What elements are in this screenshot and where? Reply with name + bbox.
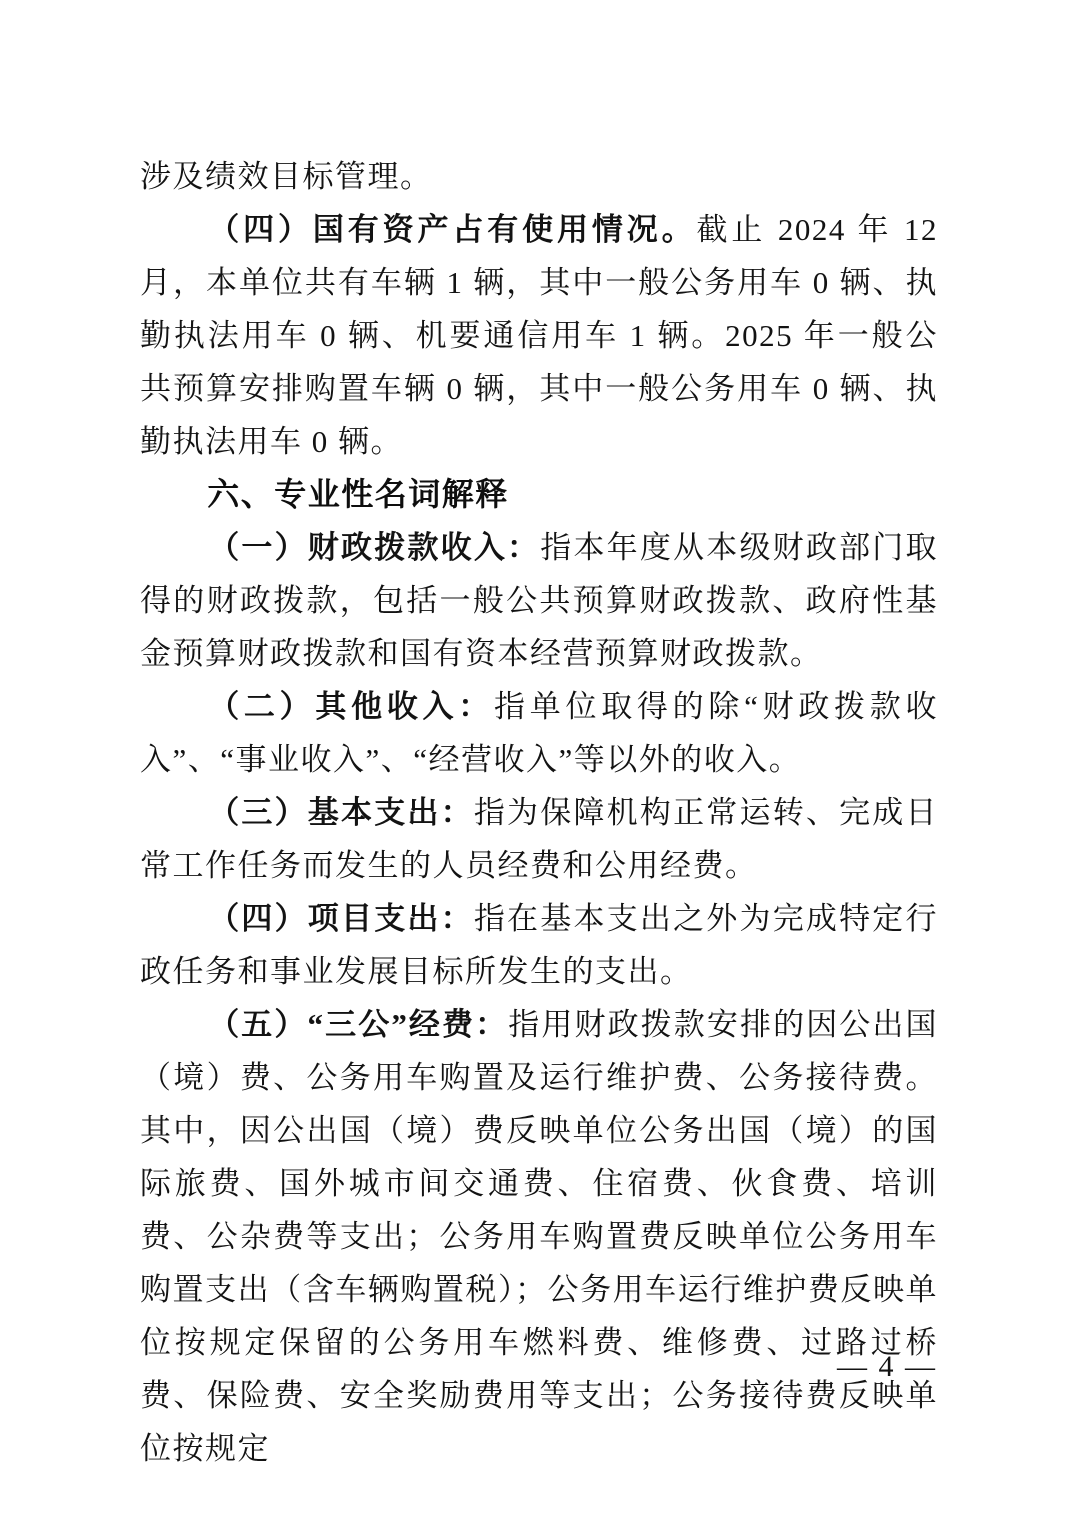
continuation-text: 涉及绩效目标管理。: [140, 159, 433, 194]
assets-paragraph-label: （四）国有资产占有使用情况。: [208, 212, 696, 247]
term-definition: 指用财政拨款安排的因公出国（境）费、公务用车购置及运行维护费、公务接待费。其中，…: [140, 1007, 938, 1466]
section-heading-terms: 六、专业性名词解释: [140, 468, 938, 521]
assets-paragraph-text: 截止 2024 年 12 月，本单位共有车辆 1 辆，其中一般公务用车 0 辆、…: [140, 212, 938, 459]
term-label: （一）财政拨款收入：: [208, 530, 540, 565]
document-page: 涉及绩效目标管理。 （四）国有资产占有使用情况。截止 2024 年 12 月，本…: [0, 0, 1074, 1520]
document-body: 涉及绩效目标管理。 （四）国有资产占有使用情况。截止 2024 年 12 月，本…: [140, 150, 938, 1475]
term-label: （五）“三公”经费：: [208, 1007, 508, 1042]
term-paragraph-three-public-funds: （五）“三公”经费：指用财政拨款安排的因公出国（境）费、公务用车购置及运行维护费…: [140, 998, 938, 1475]
term-label: （二）其他收入：: [208, 689, 494, 724]
page-number: — 4 —: [837, 1350, 937, 1384]
term-label: （三）基本支出：: [208, 795, 474, 830]
assets-paragraph: （四）国有资产占有使用情况。截止 2024 年 12 月，本单位共有车辆 1 辆…: [140, 203, 938, 468]
continuation-paragraph: 涉及绩效目标管理。: [140, 150, 938, 203]
term-paragraph-other-income: （二）其他收入：指单位取得的除“财政拨款收入”、“事业收入”、“经营收入”等以外…: [140, 680, 938, 786]
term-paragraph-fiscal-appropriation-income: （一）财政拨款收入：指本年度从本级财政部门取得的财政拨款，包括一般公共预算财政拨…: [140, 521, 938, 680]
term-paragraph-project-expenditure: （四）项目支出：指在基本支出之外为完成特定行政任务和事业发展目标所发生的支出。: [140, 892, 938, 998]
term-paragraph-basic-expenditure: （三）基本支出：指为保障机构正常运转、完成日常工作任务而发生的人员经费和公用经费…: [140, 786, 938, 892]
term-label: （四）项目支出：: [208, 901, 474, 936]
